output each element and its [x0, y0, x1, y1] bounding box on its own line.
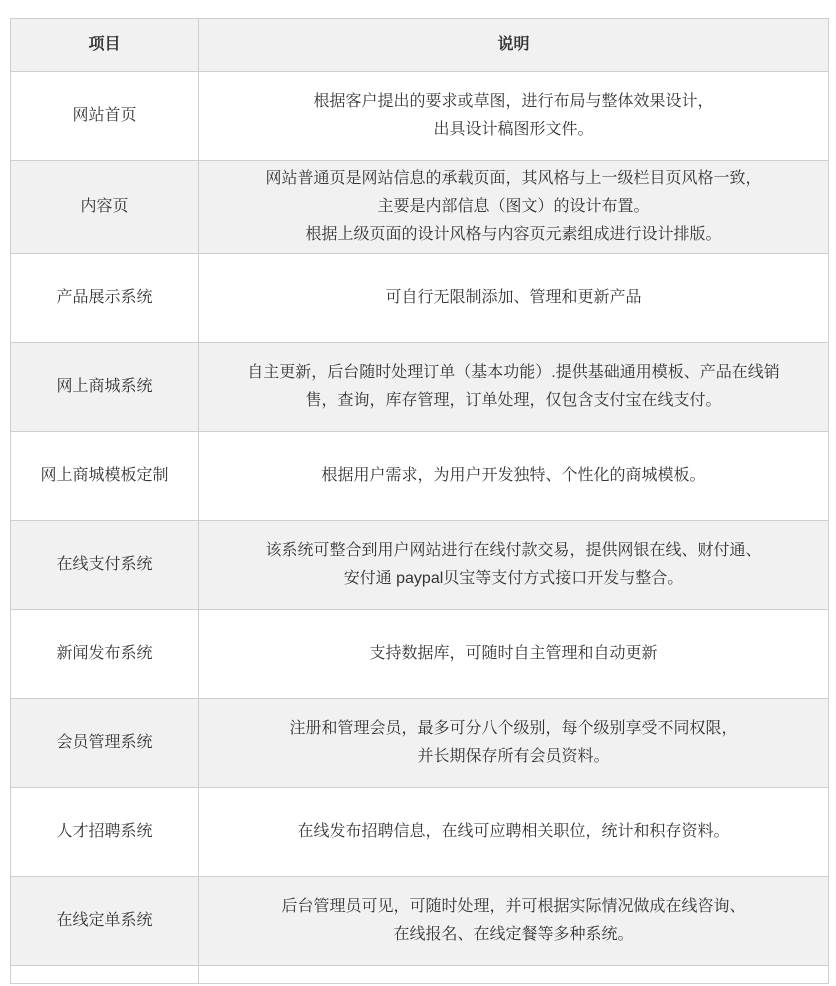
item-cell: 网上商城模板定制 — [11, 432, 199, 521]
item-cell: 会员管理系统 — [11, 699, 199, 788]
table-row: 内容页 网站普通页是网站信息的承载页面，其风格与上一级栏目页风格一致， 主要是内… — [11, 161, 829, 254]
header-row: 项目 说明 — [11, 19, 829, 72]
table-header: 项目 说明 — [11, 19, 829, 72]
item-cell: 新闻发布系统 — [11, 610, 199, 699]
table-row: 网上商城模板定制 根据用户需求，为用户开发独特、个性化的商城模板。 — [11, 432, 829, 521]
item-cell: 网站首页 — [11, 72, 199, 161]
table-row: 在线支付系统 该系统可整合到用户网站进行在线付款交易，提供网银在线、财付通、 安… — [11, 521, 829, 610]
item-cell: 在线定单系统 — [11, 877, 199, 966]
description-cell: 网站普通页是网站信息的承载页面，其风格与上一级栏目页风格一致， 主要是内部信息（… — [199, 161, 829, 254]
description-cell — [199, 966, 829, 984]
column-header-item: 项目 — [11, 19, 199, 72]
item-cell: 在线支付系统 — [11, 521, 199, 610]
column-header-description: 说明 — [199, 19, 829, 72]
description-cell: 该系统可整合到用户网站进行在线付款交易，提供网银在线、财付通、 安付通 payp… — [199, 521, 829, 610]
item-cell: 人才招聘系统 — [11, 788, 199, 877]
features-table-container: 项目 说明 网站首页 根据客户提出的要求或草图，进行布局与整体效果设计， 出具设… — [10, 18, 828, 984]
item-cell: 内容页 — [11, 161, 199, 254]
table-row: 网站首页 根据客户提出的要求或草图，进行布局与整体效果设计， 出具设计稿图形文件… — [11, 72, 829, 161]
table-body: 网站首页 根据客户提出的要求或草图，进行布局与整体效果设计， 出具设计稿图形文件… — [11, 72, 829, 984]
item-cell: 网上商城系统 — [11, 343, 199, 432]
description-cell: 注册和管理会员，最多可分八个级别，每个级别享受不同权限， 并长期保存所有会员资料… — [199, 699, 829, 788]
description-cell: 根据用户需求，为用户开发独特、个性化的商城模板。 — [199, 432, 829, 521]
table-row: 会员管理系统 注册和管理会员，最多可分八个级别，每个级别享受不同权限， 并长期保… — [11, 699, 829, 788]
description-cell: 可自行无限制添加、管理和更新产品 — [199, 254, 829, 343]
table-row: 在线定单系统 后台管理员可见，可随时处理，并可根据实际情况做成在线咨询、 在线报… — [11, 877, 829, 966]
item-cell: 产品展示系统 — [11, 254, 199, 343]
description-cell: 支持数据库，可随时自主管理和自动更新 — [199, 610, 829, 699]
table-row: 网上商城系统 自主更新，后台随时处理订单（基本功能）.提供基础通用模板、产品在线… — [11, 343, 829, 432]
description-cell: 后台管理员可见，可随时处理，并可根据实际情况做成在线咨询、 在线报名、在线定餐等… — [199, 877, 829, 966]
description-cell: 根据客户提出的要求或草图，进行布局与整体效果设计， 出具设计稿图形文件。 — [199, 72, 829, 161]
table-row: 人才招聘系统 在线发布招聘信息，在线可应聘相关职位，统计和积存资料。 — [11, 788, 829, 877]
table-row: 新闻发布系统 支持数据库，可随时自主管理和自动更新 — [11, 610, 829, 699]
item-cell — [11, 966, 199, 984]
table-row: 产品展示系统 可自行无限制添加、管理和更新产品 — [11, 254, 829, 343]
features-table: 项目 说明 网站首页 根据客户提出的要求或草图，进行布局与整体效果设计， 出具设… — [10, 18, 829, 984]
table-row-partial — [11, 966, 829, 984]
description-cell: 在线发布招聘信息，在线可应聘相关职位，统计和积存资料。 — [199, 788, 829, 877]
description-cell: 自主更新，后台随时处理订单（基本功能）.提供基础通用模板、产品在线销 售，查询，… — [199, 343, 829, 432]
